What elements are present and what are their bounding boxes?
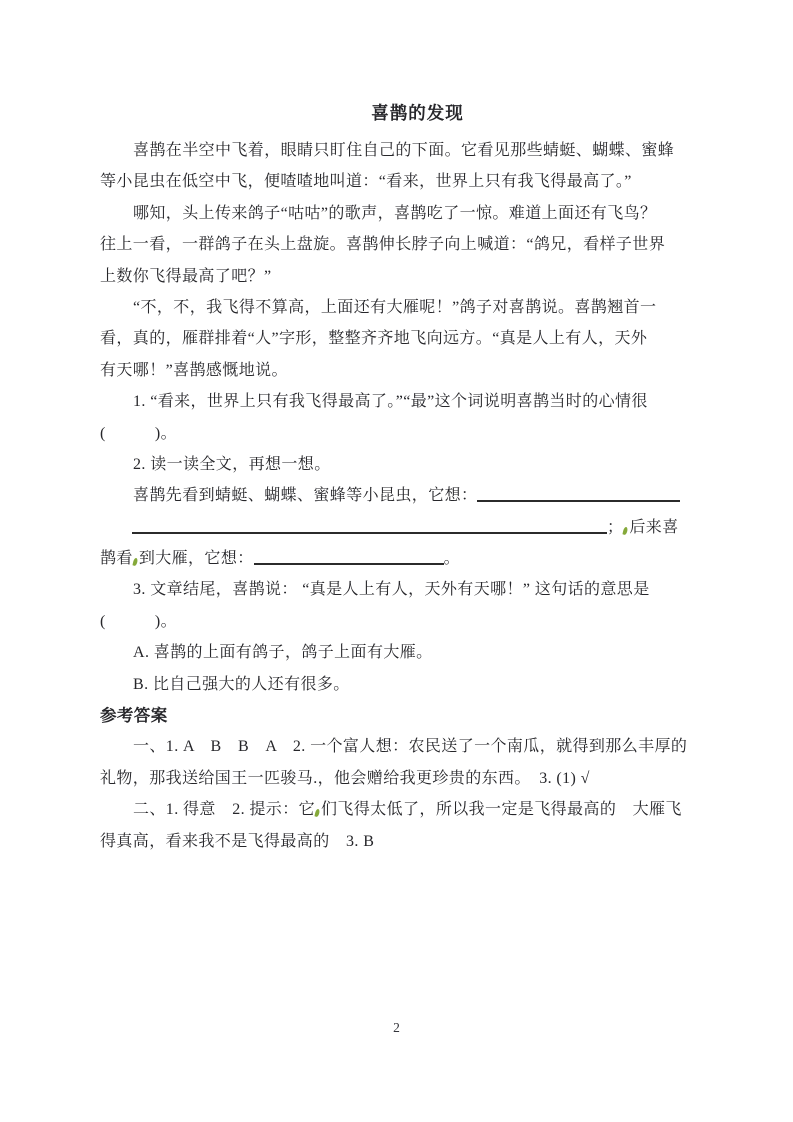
story-line: 喜鹊在半空中飞着，眼睛只盯住自己的下面。它看见那些蜻蜓、蝴蝶、蜜蜂: [100, 135, 735, 166]
text-segment: 二、1. 得意 2. 提示：它: [133, 801, 315, 818]
grammar-mark-icon: [132, 558, 138, 567]
text-segment: 鹊看: [100, 550, 133, 567]
text-segment: 们飞得太低了，所以我一定是飞得最高的 大雁飞: [321, 801, 682, 818]
option-a-line: A. 喜鹊的上面有鸽子，鸽子上面有大雁。: [100, 637, 735, 668]
question-2-fill-line-1: 喜鹊先看到蜻蜓、蝴蝶、蜜蜂等小昆虫，它想：: [100, 480, 735, 511]
text-segment: 后来喜: [629, 519, 678, 536]
answer-key-heading: 参考答案: [100, 700, 735, 731]
fill-in-blank: [132, 520, 607, 534]
page-number: 2: [0, 1020, 793, 1036]
text-segment: ；: [607, 519, 623, 536]
text-segment: 喜鹊先看到蜻蜓、蝴蝶、蜜蜂等小昆虫，它想：: [133, 487, 477, 504]
question-2-fill-line-3: 鹊看到大雁，它想：。: [100, 543, 735, 574]
fill-in-blank: [254, 551, 444, 565]
option-b-line: B. 比自己强大的人还有很多。: [100, 669, 735, 700]
question-3-line: 3. 文章结尾，喜鹊说： “真是人上有人，天外有天哪！” 这句话的意思是: [100, 574, 735, 605]
worksheet-page: 喜鹊的发现 喜鹊在半空中飞着，眼睛只盯住自己的下面。它看见那些蜻蜓、蝴蝶、蜜蜂 …: [0, 0, 793, 1122]
story-line: 看，真的，雁群排着“人”字形，整整齐齐地飞向远方。“真是人上有人，天外: [100, 323, 735, 354]
text-segment: 。: [444, 550, 460, 567]
answer-line: 二、1. 得意 2. 提示：它们飞得太低了，所以我一定是飞得最高的 大雁飞: [100, 794, 735, 825]
answer-line: 礼物，那我送给国王一匹骏马.，他会赠给我更珍贵的东西。 3. (1) √: [100, 763, 735, 794]
question-3-answer-brackets: ( )。: [100, 606, 735, 637]
question-1-answer-brackets: ( )。: [100, 418, 735, 449]
story-line: “不，不，我飞得不算高，上面还有大雁呢！”鸽子对喜鹊说。喜鹊翘首一: [100, 292, 735, 323]
story-line: 等小昆虫在低空中飞，便喳喳地叫道：“看来，世界上只有我飞得最高了。”: [100, 166, 735, 197]
grammar-mark-icon: [623, 526, 629, 535]
question-1-line: 1. “看来，世界上只有我飞得最高了。”“最”这个词说明喜鹊当时的心情很: [100, 386, 735, 417]
question-2-fill-line-2: ；后来喜: [100, 512, 735, 543]
answer-line: 一、1. A B B A 2. 一个富人想：农民送了一个南瓜，就得到那么丰厚的: [100, 731, 735, 762]
fill-in-blank: [477, 488, 680, 502]
grammar-mark-icon: [314, 809, 320, 818]
page-title: 喜鹊的发现: [100, 100, 735, 126]
story-line: 上数你飞得最高了吧？”: [100, 261, 735, 292]
story-line: 哪知，头上传来鸽子“咕咕”的歌声，喜鹊吃了一惊。难道上面还有飞鸟？: [100, 198, 735, 229]
story-line: 往上一看，一群鸽子在头上盘旋。喜鹊伸长脖子向上喊道：“鸽兄，看样子世界: [100, 229, 735, 260]
text-segment: 到大雁，它想：: [139, 550, 254, 567]
answer-line: 得真高，看来我不是飞得最高的 3. B: [100, 826, 735, 857]
story-line: 有天哪！”喜鹊感慨地说。: [100, 355, 735, 386]
question-2-line: 2. 读一读全文，再想一想。: [100, 449, 735, 480]
